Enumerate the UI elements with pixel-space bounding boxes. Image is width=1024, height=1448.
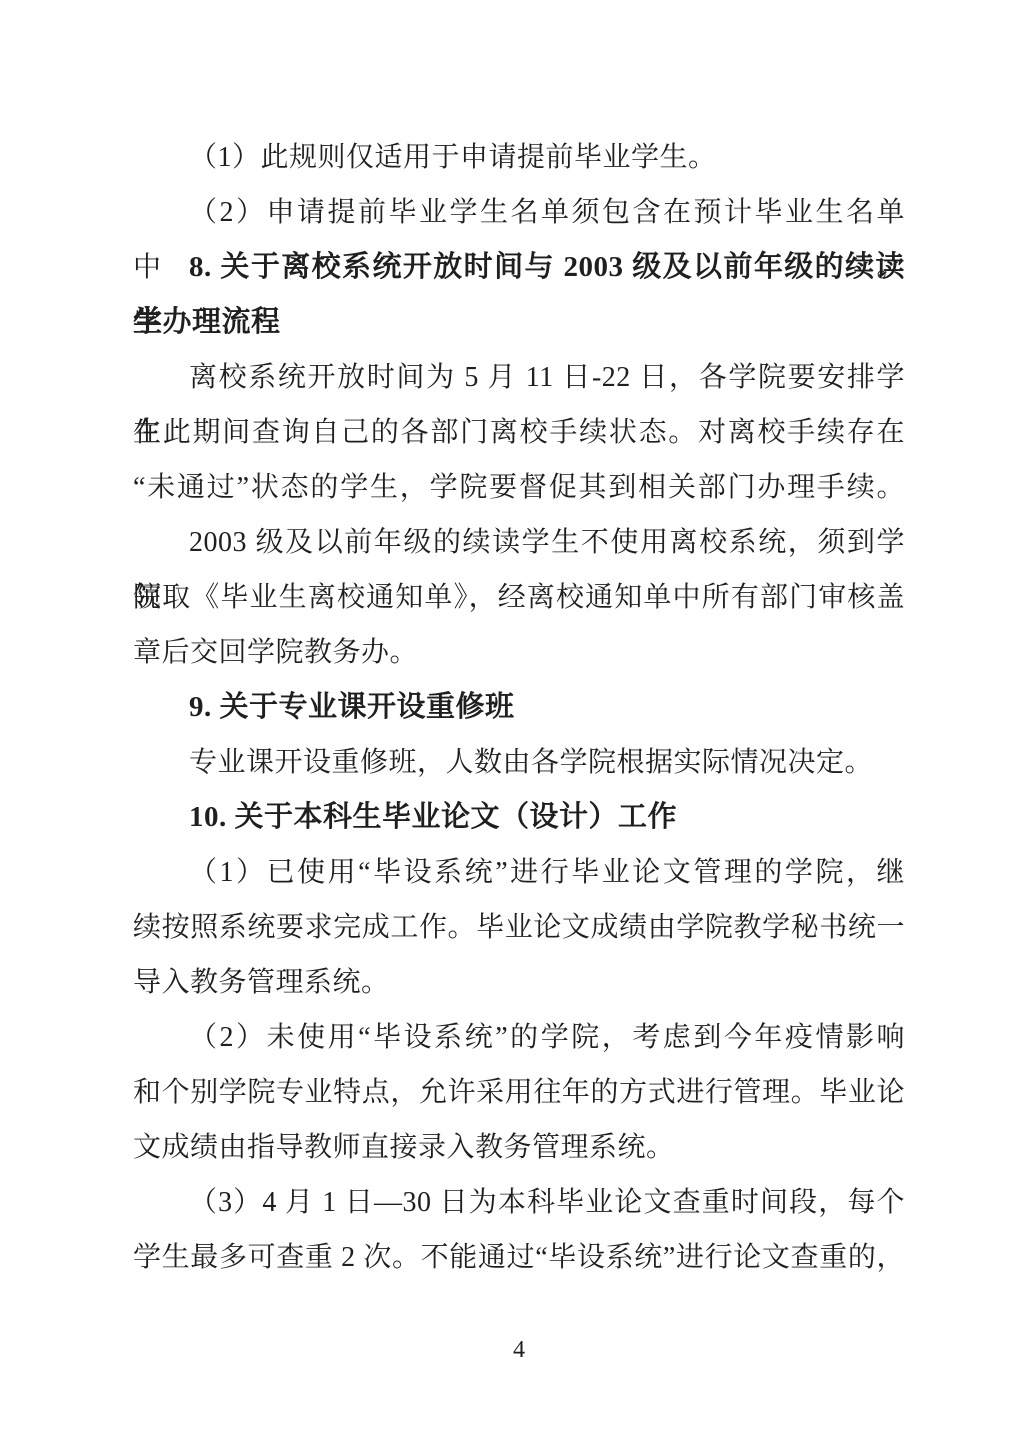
document-content: （1）此规则仅适用于申请提前毕业学生。 （2）申请提前毕业学生名单须包含在预计毕… <box>133 130 905 1285</box>
section-10-item-1-line-1: （1）已使用“毕设系统”进行毕业论文管理的学院，继 <box>133 845 905 900</box>
section-8-para-2-line-1: 2003 级及以前年级的续读学生不使用离校系统，须到学院 <box>133 515 905 570</box>
section-8-para-1-line-1: 离校系统开放时间为 5 月 11 日-22 日，各学院要安排学生 <box>133 350 905 405</box>
item-1-early-graduation-rule: （1）此规则仅适用于申请提前毕业学生。 <box>133 130 905 185</box>
section-10-item-1-line-3: 导入教务管理系统。 <box>133 955 905 1010</box>
section-10-item-2-line-1: （2）未使用“毕设系统”的学院，考虑到今年疫情影响 <box>133 1010 905 1065</box>
section-10-item-2-line-2: 和个别学院专业特点，允许采用往年的方式进行管理。毕业论 <box>133 1065 905 1120</box>
item-2-early-graduation-list: （2）申请提前毕业学生名单须包含在预计毕业生名单中。 <box>133 185 905 240</box>
section-8-para-2-line-3: 章后交回学院教务办。 <box>133 625 905 680</box>
section-8-para-1-line-2: 在此期间查询自己的各部门离校手续状态。对离校手续存在 <box>133 405 905 460</box>
section-9-heading: 9. 关于专业课开设重修班 <box>133 680 905 735</box>
document-page: （1）此规则仅适用于申请提前毕业学生。 （2）申请提前毕业学生名单须包含在预计毕… <box>0 0 1024 1448</box>
section-10-item-3-line-2: 学生最多可查重 2 次。不能通过“毕设系统”进行论文查重的， <box>133 1230 905 1285</box>
section-9-para-line-1: 专业课开设重修班，人数由各学院根据实际情况决定。 <box>133 735 905 790</box>
section-10-heading: 10. 关于本科生毕业论文（设计）工作 <box>133 790 905 845</box>
section-8-heading-line-1: 8. 关于离校系统开放时间与 2003 级及以前年级的续读学 <box>133 240 905 295</box>
section-10-item-3-line-1: （3）4 月 1 日—30 日为本科毕业论文查重时间段，每个 <box>133 1175 905 1230</box>
section-8-para-1-line-3: “未通过”状态的学生，学院要督促其到相关部门办理手续。 <box>133 460 905 515</box>
page-number: 4 <box>133 1335 905 1365</box>
section-10-item-1-line-2: 续按照系统要求完成工作。毕业论文成绩由学院教学秘书统一 <box>133 900 905 955</box>
section-8-para-2-line-2: 领取《毕业生离校通知单》，经离校通知单中所有部门审核盖 <box>133 570 905 625</box>
section-8-heading-line-2: 生办理流程 <box>133 295 905 350</box>
section-10-item-2-line-3: 文成绩由指导教师直接录入教务管理系统。 <box>133 1120 905 1175</box>
